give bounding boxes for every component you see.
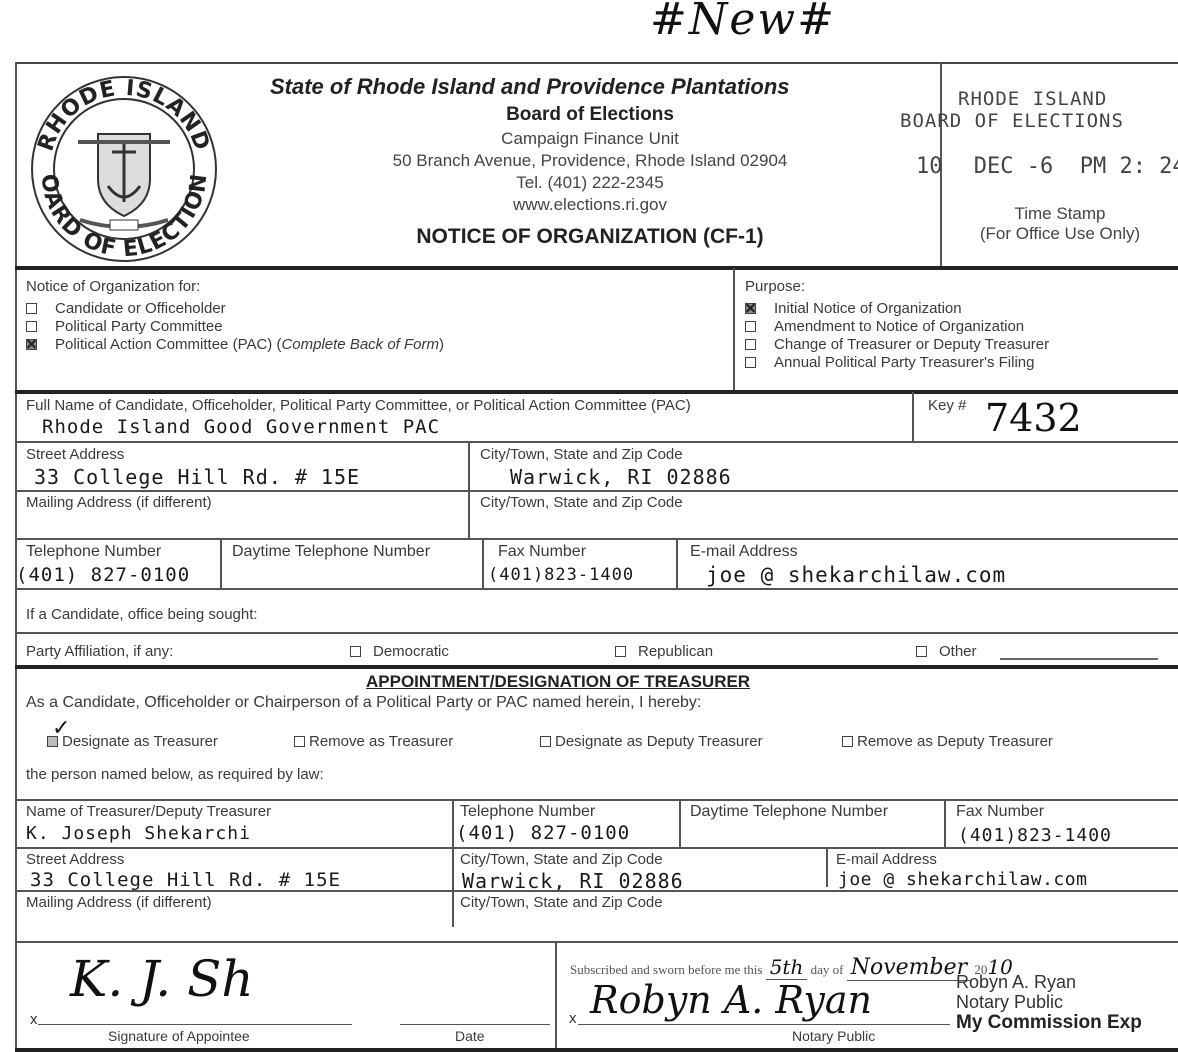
office-sought-label: If a Candidate, office being sought: xyxy=(26,606,258,623)
city-field[interactable]: Warwick, RI 02886 xyxy=(510,465,732,489)
timestamp-note: (For Office Use Only) xyxy=(942,224,1178,244)
date-field[interactable] xyxy=(400,1000,550,1022)
telephone-label: Telephone Number xyxy=(26,543,161,561)
signature-divider xyxy=(555,941,557,1052)
rule-signature-top xyxy=(15,941,1178,943)
appointee-signature[interactable]: K. J. Sh xyxy=(70,950,254,1008)
treasurer-phone-divider xyxy=(679,799,681,847)
timestamp-label: Time Stamp xyxy=(942,204,1178,224)
notary-stamp: Robyn A. Ryan Notary Public My Commissio… xyxy=(956,972,1142,1034)
key-label: Key # xyxy=(928,397,966,414)
checkbox-designate-deputy[interactable] xyxy=(540,736,551,747)
received-stamp: RHODE ISLAND BOARD OF ELECTIONS 10 DEC -… xyxy=(900,88,1178,179)
org-for-options: Candidate or Officeholder Political Part… xyxy=(26,300,444,354)
checkbox-remove-deputy[interactable] xyxy=(842,736,853,747)
purpose-divider xyxy=(733,268,735,392)
treasurer-city-divider xyxy=(826,847,828,887)
unit-name: Campaign Finance Unit xyxy=(240,129,940,149)
appointment-heading: APPOINTMENT/DESIGNATION OF TREASURER xyxy=(366,672,750,692)
form-bottom-rule xyxy=(15,1048,1178,1052)
checkbox-party[interactable] xyxy=(26,321,37,332)
header-block: State of Rhode Island and Providence Pla… xyxy=(240,74,940,249)
purpose-option-annual-filing[interactable]: Annual Political Party Treasurer's Filin… xyxy=(745,354,1049,372)
checkbox-initial[interactable] xyxy=(745,303,756,314)
timestamp-caption: Time Stamp (For Office Use Only) xyxy=(942,204,1178,244)
rule-treasurer-name xyxy=(15,847,1178,849)
date-label: Date xyxy=(455,1028,485,1044)
form-title: NOTICE OF ORGANIZATION (CF-1) xyxy=(240,225,940,249)
sworn-prefix: Subscribed and sworn before me this xyxy=(570,962,762,977)
treasurer-name-divider xyxy=(452,799,454,927)
key-field[interactable]: 7432 xyxy=(985,396,1082,440)
org-for-label: Notice of Organization for: xyxy=(26,278,200,295)
purpose-option-amendment[interactable]: Amendment to Notice of Organization xyxy=(745,318,1049,336)
appointment-option-remove[interactable]: Remove as Treasurer xyxy=(294,733,453,751)
full-name-label: Full Name of Candidate, Officeholder, Po… xyxy=(26,397,691,414)
treasurer-city-label: City/Town, State and Zip Code xyxy=(460,851,663,868)
board-name: Board of Elections xyxy=(240,104,940,126)
checkbox-change-treasurer[interactable] xyxy=(745,339,756,350)
street-label: Street Address xyxy=(26,446,124,463)
purpose-bottom-rule xyxy=(15,390,1178,394)
purpose-options: Initial Notice of Organization Amendment… xyxy=(745,300,1049,372)
treasurer-name-field[interactable]: K. Joseph Shekarchi xyxy=(26,823,251,844)
purpose-option-initial[interactable]: Initial Notice of Organization xyxy=(745,300,1049,318)
org-option-candidate[interactable]: Candidate or Officeholder xyxy=(26,300,444,318)
date-line xyxy=(400,1024,550,1025)
treasurer-telephone-field[interactable]: (401) 827-0100 xyxy=(456,822,630,844)
treasurer-mailing-label: Mailing Address (if different) xyxy=(26,894,212,911)
mailing-city-label: City/Town, State and Zip Code xyxy=(480,494,683,511)
notary-label: Notary Public xyxy=(792,1028,875,1044)
key-divider xyxy=(912,392,914,442)
treasurer-mailing-city-field[interactable] xyxy=(460,912,1160,926)
appointment-option-remove-deputy[interactable]: Remove as Deputy Treasurer xyxy=(842,733,1053,751)
party-option-republican[interactable]: Republican xyxy=(615,643,713,661)
treasurer-street-field[interactable]: 33 College Hill Rd. # 15E xyxy=(30,869,341,891)
daytime-field[interactable] xyxy=(232,564,472,586)
city-label: City/Town, State and Zip Code xyxy=(480,446,683,463)
email-field[interactable]: joe @ shekarchilaw.com xyxy=(706,563,1006,587)
telephone-divider xyxy=(220,538,222,588)
treasurer-email-field[interactable]: joe @ shekarchilaw.com xyxy=(838,869,1087,890)
mailing-label: Mailing Address (if different) xyxy=(26,494,212,511)
rule-treasurer-top xyxy=(15,799,1178,801)
org-option-pac[interactable]: Political Action Committee (PAC) (Comple… xyxy=(26,336,444,354)
purpose-option-change-treasurer[interactable]: Change of Treasurer or Deputy Treasurer xyxy=(745,336,1049,354)
appointment-outro: the person named below, as required by l… xyxy=(26,766,324,783)
rule-phone xyxy=(15,588,1178,590)
mailing-field[interactable] xyxy=(34,514,454,536)
checkbox-candidate[interactable] xyxy=(26,303,37,314)
stamp-line2: BOARD OF ELECTIONS xyxy=(900,110,1178,132)
treasurer-daytime-divider xyxy=(944,799,946,847)
notary-x-mark: x xyxy=(569,1010,577,1027)
sworn-day[interactable]: 5th xyxy=(766,955,808,980)
party-option-other[interactable]: Other xyxy=(916,643,977,661)
notary-signature-line xyxy=(578,1024,950,1025)
other-party-field[interactable] xyxy=(1000,658,1158,660)
notary-signature[interactable]: Robyn A. Ryan xyxy=(590,978,872,1022)
appointment-option-designate-deputy[interactable]: Designate as Deputy Treasurer xyxy=(540,733,763,751)
full-name-field[interactable]: Rhode Island Good Government PAC xyxy=(42,416,440,438)
stamp-year: 10 xyxy=(916,154,943,179)
appointee-x-mark: x xyxy=(30,1011,38,1028)
treasurer-mailing-city-label: City/Town, State and Zip Code xyxy=(460,894,663,911)
seal-logo: RHODE ISLAND BOARD OF ELECTIONS xyxy=(28,74,220,264)
appointment-option-designate[interactable]: Designate as Treasurer xyxy=(47,733,218,751)
fax-field[interactable]: (401)823-1400 xyxy=(488,565,634,585)
notary-stamp-name: Robyn A. Ryan xyxy=(956,972,1142,992)
party-option-democratic[interactable]: Democratic xyxy=(350,643,449,661)
purpose-label: Purpose: xyxy=(745,278,805,295)
handwritten-new-annotation: #New# xyxy=(650,0,836,45)
office-phone: Tel. (401) 222-2345 xyxy=(240,173,940,193)
treasurer-daytime-field[interactable] xyxy=(690,823,940,845)
notary-stamp-title: Notary Public xyxy=(956,992,1142,1012)
rule-office xyxy=(15,632,1178,634)
sworn-day-of: day of xyxy=(811,962,844,977)
header-bottom-rule xyxy=(15,266,1178,270)
checkbox-annual-filing[interactable] xyxy=(745,357,756,368)
checkbox-other[interactable] xyxy=(916,646,927,657)
street-field[interactable]: 33 College Hill Rd. # 15E xyxy=(34,465,360,489)
mailing-city-field[interactable] xyxy=(480,514,1160,536)
office-address: 50 Branch Avenue, Providence, Rhode Isla… xyxy=(240,151,940,171)
telephone-field[interactable]: (401) 827-0100 xyxy=(16,564,190,586)
notary-stamp-commission: My Commission Exp xyxy=(956,1012,1142,1034)
sworn-statement: Subscribed and sworn before me this 5th … xyxy=(570,955,1013,980)
appointment-intro: As a Candidate, Officeholder or Chairper… xyxy=(26,694,701,712)
treasurer-email-label: E-mail Address xyxy=(836,851,937,868)
org-option-party[interactable]: Political Party Committee xyxy=(26,318,444,336)
treasurer-name-label: Name of Treasurer/Deputy Treasurer xyxy=(26,803,271,820)
treasurer-telephone-label: Telephone Number xyxy=(460,803,595,821)
stamp-datetime: DEC -6 PM 2: 24 xyxy=(974,154,1178,179)
treasurer-mailing-field[interactable] xyxy=(26,912,446,926)
checkbox-pac[interactable] xyxy=(26,339,37,350)
rule-name xyxy=(15,441,1178,443)
email-label: E-mail Address xyxy=(690,543,798,561)
treasurer-daytime-label: Daytime Telephone Number xyxy=(690,803,888,821)
office-website: www.elections.ri.gov xyxy=(240,195,940,215)
rule-street xyxy=(15,490,1178,492)
treasurer-street-label: Street Address xyxy=(26,851,124,868)
fax-label: Fax Number xyxy=(498,543,586,561)
rule-treasurer-street xyxy=(15,890,1178,892)
appointee-signature-line xyxy=(38,1024,352,1025)
checkbox-amendment[interactable] xyxy=(745,321,756,332)
daytime-divider xyxy=(482,538,484,588)
fax-divider xyxy=(676,538,678,588)
stamp-line1: RHODE ISLAND xyxy=(900,88,1178,110)
party-label: Party Affiliation, if any: xyxy=(26,643,173,660)
party-bottom-rule xyxy=(15,665,1178,669)
rule-mailing xyxy=(15,538,1178,540)
treasurer-fax-field[interactable]: (401)823-1400 xyxy=(958,825,1112,846)
treasurer-fax-label: Fax Number xyxy=(956,803,1044,821)
state-title: State of Rhode Island and Providence Pla… xyxy=(200,74,940,100)
check-tick-mark: ✓ xyxy=(52,716,70,741)
daytime-label: Daytime Telephone Number xyxy=(232,543,430,561)
checkbox-republican[interactable] xyxy=(615,646,626,657)
checkbox-remove-treasurer[interactable] xyxy=(294,736,305,747)
office-sought-field[interactable] xyxy=(330,600,1150,622)
appointee-signature-label: Signature of Appointee xyxy=(108,1028,250,1044)
checkbox-democratic[interactable] xyxy=(350,646,361,657)
